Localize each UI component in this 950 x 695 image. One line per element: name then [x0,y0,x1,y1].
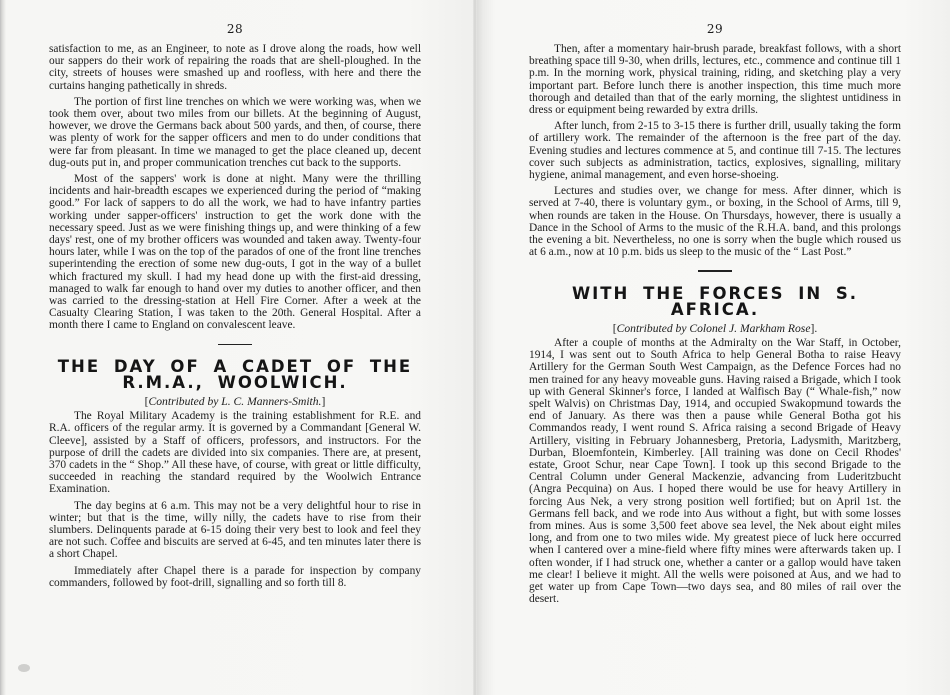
paragraph: The portion of first line trenches on wh… [49,96,421,169]
section-divider [218,344,252,346]
paragraph: After lunch, from 2-15 to 3-15 there is … [529,120,901,181]
article-byline: [Contributed by Colonel J. Markham Rose]… [529,322,901,335]
left-page: 28 satisfaction to me, as an Engineer, t… [0,0,475,695]
paragraph: satisfaction to me, as an Engineer, to n… [49,43,421,92]
article-title-line2: R.M.A., WOOLWICH. [122,373,347,392]
book-gutter [473,0,477,695]
paragraph: The Royal Military Academy is the traini… [49,410,421,495]
section-divider [698,270,732,272]
article-title: WITH THE FORCES IN S. AFRICA. [529,286,901,318]
page-number: 29 [529,22,901,36]
right-page: 29 Then, after a momentary hair-brush pa… [475,0,950,695]
left-page-content: 28 satisfaction to me, as an Engineer, t… [49,22,421,589]
article-title: THE DAY OF A CADET OF THE R.M.A., WOOLWI… [49,359,421,391]
paper-blemish [18,664,30,672]
paragraph: The day begins at 6 a.m. This may not be… [49,500,421,561]
byline-bracket: ]. [810,322,817,335]
paragraph: Immediately after Chapel there is a para… [49,565,421,589]
paragraph: Then, after a momentary hair-brush parad… [529,43,901,116]
article-byline: [Contributed by L. C. Manners-Smith.] [49,395,421,408]
byline-bracket: ] [321,395,325,408]
paragraph: After a couple of months at the Admiralt… [529,337,901,605]
byline-text: Contributed by Colonel J. Markham Rose [617,322,811,335]
byline-text: Contributed by L. C. Manners-Smith. [149,395,322,408]
page-number: 28 [49,22,421,36]
right-page-content: 29 Then, after a momentary hair-brush pa… [529,22,901,605]
paragraph: Lectures and studies over, we change for… [529,185,901,258]
paragraph: Most of the sappers' work is done at nig… [49,173,421,332]
book-spread: 28 satisfaction to me, as an Engineer, t… [0,0,950,695]
